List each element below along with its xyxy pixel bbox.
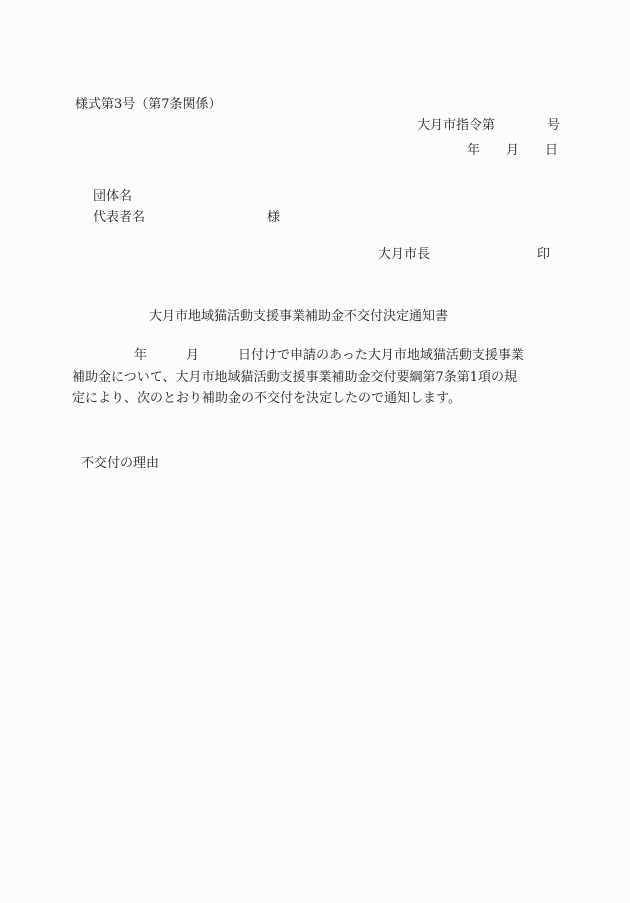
issue-date-line: 年 月 日: [467, 139, 558, 158]
body-line-2: 補助金について、大月市地域猫活動支援事業補助金交付要綱第7条第1項の規: [72, 367, 564, 389]
body-line-3: 定により、次のとおり補助金の不交付を決定したので通知します。: [72, 388, 564, 410]
body-paragraph: 年 月 日付けで申請のあった大月市地域猫活動支援事業 補助金について、大月市地域…: [72, 345, 564, 410]
issuer-seal-mark: 印: [537, 243, 550, 262]
addressee-honorific: 様: [267, 206, 280, 225]
addressee-group-label: 団体名: [93, 185, 132, 204]
form-number-label: 様式第3号（第7条関係）: [75, 93, 222, 112]
document-title: 大月市地域猫活動支援事業補助金不交付決定通知書: [0, 305, 597, 324]
issuer-title: 大月市長: [378, 243, 430, 262]
non-grant-reason-label: 不交付の理由: [81, 452, 159, 471]
body-line-1: 年 月 日付けで申請のあった大月市地域猫活動支援事業: [72, 345, 564, 367]
directive-number-line: 大月市指令第 号: [417, 114, 560, 133]
document-page: 様式第3号（第7条関係） 大月市指令第 号 年 月 日 団体名 代表者名 様 大…: [0, 0, 630, 903]
addressee-representative-label: 代表者名: [93, 206, 145, 225]
